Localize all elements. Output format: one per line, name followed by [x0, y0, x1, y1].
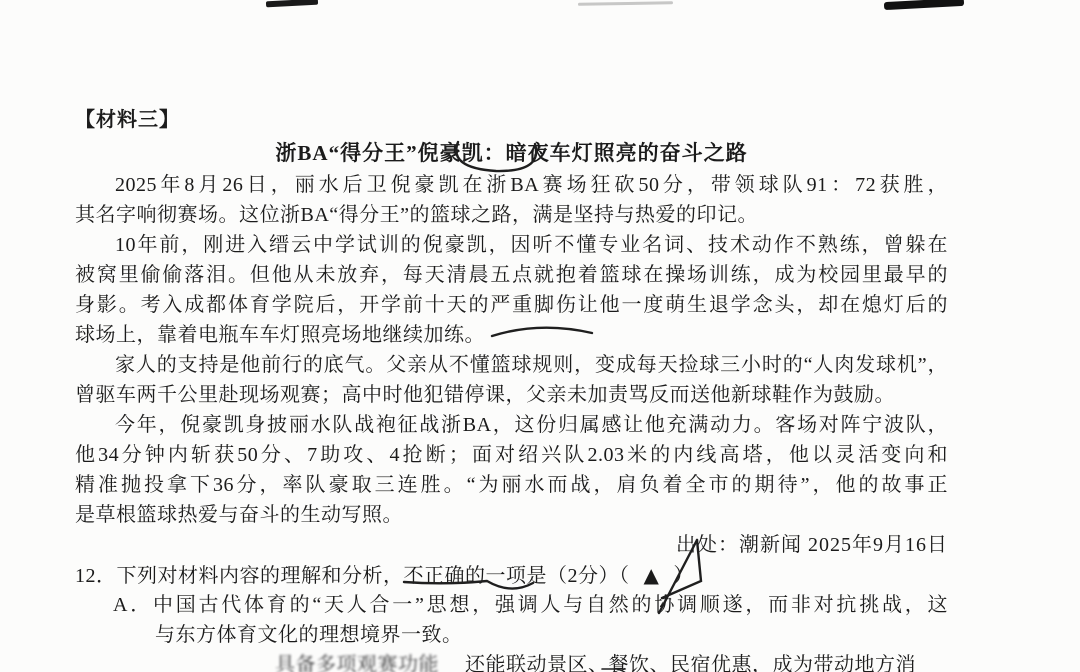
body-line: 今年，倪豪凯身披丽水队战袍征战浙BA，这份归属感让他充满动力。客场对阵宁波队， — [75, 410, 948, 440]
body-line: 其名字响彻赛场。这位浙BA“得分王”的篮球之路，满是坚持与热爱的印记。 — [75, 200, 948, 230]
scan-artifact-center — [578, 1, 673, 6]
body-line: 被窝里偷偷落泪。但他从未放弃，每天清晨五点就抱着篮球在操场训练，成为校园里最早的 — [75, 260, 948, 290]
scan-artifact-right — [884, 0, 964, 10]
cutoff-bottom-line: 具备多项观赛功能还能联动景区、餐饮、民宿优惠，成为带动地方消 — [75, 650, 948, 672]
clear-text-fragment: 还能联动景区、餐饮、民宿优惠，成为带动地方消 — [465, 654, 916, 672]
question-stem-highlight: 不正确 — [404, 565, 466, 587]
question-stem-suffix: ） — [673, 565, 694, 587]
body-line: 是草根篮球热爱与奋斗的生动写照。 — [75, 500, 948, 530]
question-stem-prefix: 12．下列对材料内容的理解和分析， — [75, 565, 404, 587]
question-12-stem: 12．下列对材料内容的理解和分析，不正确的一项是（2分）（▲） — [75, 560, 948, 590]
option-a-label: A． — [113, 594, 153, 616]
body-line: 精准抛投拿下36分，率队豪取三连胜。“为丽水而战，肩负着全市的期待”，他的故事正 — [75, 470, 948, 500]
body-line: 10年前，刚进入缙云中学试训的倪豪凯，因听不懂专业名词、技术动作不熟练，曾躲在 — [75, 230, 948, 260]
blurred-text-fragment: 具备多项观赛功能 — [275, 654, 439, 672]
text-column: 【材料三】 浙BA“得分王”倪豪凯：暗夜车灯照亮的奋斗之路 2025年8月26日… — [75, 104, 948, 672]
body-line: 曾驱车两千公里赴现场观赛；高中时他犯错停课，父亲未加责骂反而送他新球鞋作为鼓励。 — [75, 380, 948, 410]
scan-artifact-left — [266, 0, 318, 7]
article-title: 浙BA“得分王”倪豪凯：暗夜车灯照亮的奋斗之路 — [75, 136, 948, 170]
body-line: 身影。考入成都体育学院后，开学前十天的严重脚伤让他一度萌生退学念头，却在熄灯后的 — [75, 290, 948, 320]
body-line: 家人的支持是他前行的底气。父亲从不懂篮球规则，变成每天捡球三小时的“人肉发球机”… — [75, 350, 948, 380]
option-a-line2: 与东方体育文化的理想境界一致。 — [75, 620, 948, 650]
body-line: 球场上，靠着电瓶车车灯照亮场地继续加练。 — [75, 320, 948, 350]
source-attribution: 出处：潮新闻 2025年9月16日 — [75, 530, 948, 560]
option-a-line1: A．中国古代体育的“天人合一”思想，强调人与自然的协调顺遂，而非对抗挑战，这 — [75, 590, 948, 620]
scanned-exam-page: 【材料三】 浙BA“得分王”倪豪凯：暗夜车灯照亮的奋斗之路 2025年8月26日… — [0, 0, 1080, 672]
material-label: 【材料三】 — [75, 104, 948, 136]
body-line: 他34分钟内斩获50分、7助攻、4抢断；面对绍兴队2.03米的内线高塔，他以灵活… — [75, 440, 948, 470]
body-line: 2025年8月26日，丽水后卫倪豪凯在浙BA赛场狂砍50分，带领球队91：72获… — [75, 170, 948, 200]
option-a-text: 中国古代体育的“天人合一”思想，强调人与自然的协调顺遂，而非对抗挑战，这 — [153, 594, 948, 616]
answer-placeholder-triangle-icon: ▲ — [644, 560, 660, 590]
question-stem-middle: 的一项是（2分）（ — [465, 565, 630, 587]
